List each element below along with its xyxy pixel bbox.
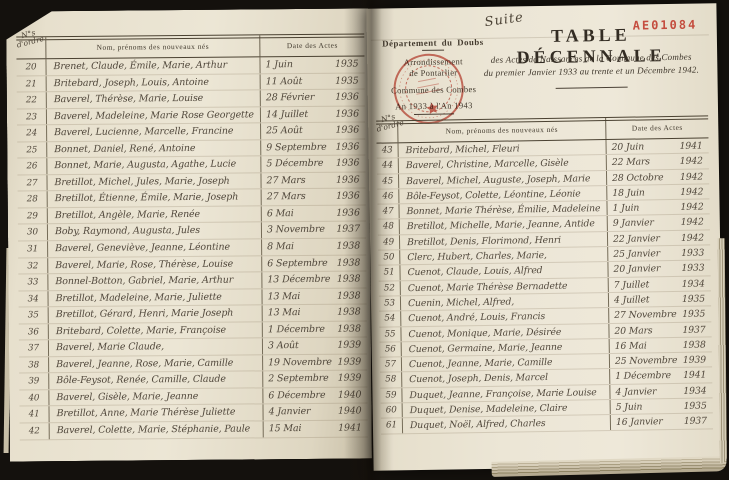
name-header-cell: Nom, prénoms des nouveaux nés <box>398 118 606 142</box>
row-order-number: 44 <box>377 159 399 174</box>
row-name: Britebard, Joseph, Louis, Antoine <box>47 74 261 91</box>
row-date: 27 Mars 1936 <box>261 172 365 188</box>
left-table-header: N°s d'ordre Nom, prénoms des nouveaux né… <box>16 33 364 59</box>
row-date-year: 1940 <box>338 404 362 420</box>
row-order-number: 25 <box>17 142 47 158</box>
left-table: N°s d'ordre Nom, prénoms des nouveaux né… <box>16 33 368 440</box>
row-date-year: 1941 <box>338 421 362 437</box>
row-date-year: 1937 <box>336 222 360 238</box>
row-date: 25 Août 1936 <box>261 123 365 139</box>
row-date-day-month: 3 Août <box>268 338 299 354</box>
row-date-year: 1936 <box>336 205 360 221</box>
row-name: Bretillot, Gérard, Henri, Marie Joseph <box>49 306 263 323</box>
row-order-number: 43 <box>377 143 399 158</box>
row-date-day-month: 28 Octobre <box>612 170 664 185</box>
order-header-cell: N°s d'ordre <box>376 121 398 142</box>
row-date-day-month: 27 Mars <box>266 173 305 189</box>
row-date-day-month: 18 Juin <box>612 185 645 200</box>
row-order-number: 24 <box>17 125 47 141</box>
row-date-day-month: 25 Août <box>266 123 303 139</box>
register-scan: N°s d'ordre Nom, prénoms des nouveaux né… <box>0 0 729 480</box>
row-date-year: 1934 <box>682 276 705 291</box>
row-order-number: 49 <box>378 235 400 250</box>
row-date: 11 Août 1935 <box>261 73 365 89</box>
row-date-day-month: 25 Novembre <box>615 353 678 368</box>
row-date-year: 1942 <box>680 154 703 169</box>
row-order-number: 35 <box>19 307 49 323</box>
row-date-day-month: 19 Novembre <box>268 355 332 371</box>
row-date-year: 1935 <box>682 291 705 306</box>
row-order-number: 41 <box>19 407 49 423</box>
row-name: Duquet, Noël, Alfred, Charles <box>403 415 611 433</box>
row-order-number: 50 <box>378 250 400 265</box>
row-date-day-month: 16 Janvier <box>616 415 663 430</box>
row-order-number: 60 <box>381 403 403 418</box>
row-date: 4 Janvier 1940 <box>263 404 367 420</box>
row-name: Bonnet, Marie, Augusta, Agathe, Lucie <box>47 157 261 174</box>
row-order-number: 61 <box>381 419 403 434</box>
row-date-day-month: 20 Janvier <box>613 262 660 277</box>
archive-stamp-number: AE01084 <box>633 18 698 33</box>
row-date-day-month: 6 Septembre <box>267 255 327 271</box>
row-date-year: 1938 <box>337 255 361 271</box>
row-date: 20 Mars 1937 <box>609 322 711 338</box>
row-date-day-month: 1 Juin <box>612 201 639 216</box>
row-date: 27 Mars 1936 <box>262 189 366 205</box>
row-name: Bretillot, Michel, Jules, Marie, Joseph <box>47 173 261 190</box>
row-date: 13 Mai 1938 <box>262 288 366 304</box>
left-page-rows: 20 Brenet, Claude, Émile, Marie, Arthur … <box>16 56 367 440</box>
row-date-year: 1938 <box>337 321 361 337</box>
date-header-cell: Date des Actes <box>260 34 364 56</box>
row-date: 22 Mars 1942 <box>607 154 709 170</box>
row-name: Baverel, Thérèse, Marie, Louise <box>47 90 261 107</box>
row-date: 7 Juillet 1934 <box>609 276 711 292</box>
row-name: Bonnet, Daniel, René, Antoine <box>47 140 261 157</box>
page-stack-right-edge <box>718 238 727 463</box>
row-date-day-month: 15 Mai <box>269 421 302 437</box>
row-date-day-month: 20 Mars <box>614 323 652 338</box>
row-date: 22 Janvier 1942 <box>608 230 710 246</box>
row-order-number: 58 <box>380 373 402 388</box>
row-order-number: 21 <box>17 76 47 92</box>
row-order-number: 31 <box>18 241 48 257</box>
page-subtitle: des Actes de Naissances de la Commune de… <box>471 50 711 79</box>
subtitle-rule <box>556 87 628 89</box>
row-date-day-month: 22 Janvier <box>613 231 660 246</box>
row-name: Baverel, Gisèle, Marie, Jeanne <box>49 388 263 405</box>
row-date: 1 Juin 1935 <box>260 56 364 72</box>
row-date: 27 Novembre 1935 <box>609 307 711 323</box>
row-date: 13 Décembre 1938 <box>262 272 366 288</box>
row-date: 20 Janvier 1933 <box>608 261 710 277</box>
row-order-number: 37 <box>19 341 49 357</box>
row-name: Bôle-Feysot, Renée, Camille, Claude <box>49 372 263 389</box>
row-date-year: 1941 <box>679 139 702 154</box>
row-date-day-month: 13 Mai <box>267 289 300 305</box>
row-order-number: 46 <box>377 189 399 204</box>
row-date-day-month: 13 Mai <box>268 305 301 321</box>
row-date-year: 1937 <box>682 322 705 337</box>
row-order-number: 38 <box>19 357 49 373</box>
row-date-year: 1938 <box>336 239 360 255</box>
row-date: 5 Juin 1935 <box>611 398 713 414</box>
row-date-year: 1942 <box>680 200 703 215</box>
row-date: 1 Décembre 1938 <box>263 321 367 337</box>
right-page: Suite TABLE DÉCENNALE AE01084 des Actes … <box>366 3 723 470</box>
row-order-number: 45 <box>377 174 399 189</box>
row-date-year: 1936 <box>336 139 360 155</box>
row-order-number: 52 <box>379 281 401 296</box>
row-order-number: 36 <box>19 324 49 340</box>
row-date: 5 Décembre 1936 <box>261 156 365 172</box>
row-date-year: 1938 <box>337 288 361 304</box>
row-order-number: 20 <box>16 59 46 75</box>
row-date-year: 1933 <box>681 246 704 261</box>
row-date-day-month: 16 Mai <box>615 338 647 353</box>
row-name: Bretillot, Anne, Marie Thérèse Juliette <box>49 405 263 422</box>
row-date: 25 Janvier 1933 <box>608 245 710 261</box>
row-date-year: 1938 <box>337 272 361 288</box>
row-date-day-month: 9 Janvier <box>613 216 654 231</box>
name-header-cell: Nom, prénoms des nouveaux nés <box>46 35 260 58</box>
row-date-year: 1935 <box>682 307 705 322</box>
row-date-year: 1936 <box>336 189 360 205</box>
left-page: N°s d'ordre Nom, prénoms des nouveaux né… <box>6 8 372 461</box>
row-date-year: 1942 <box>681 230 704 245</box>
department-line: Département du Doubs <box>367 37 499 49</box>
order-header-label: N°s d'ordre <box>11 26 48 49</box>
row-order-number: 34 <box>18 291 48 307</box>
row-date-day-month: 27 Mars <box>267 189 306 205</box>
row-date-day-month: 5 Juin <box>616 400 643 415</box>
row-date-day-month: 22 Mars <box>612 155 650 170</box>
row-date-year: 1938 <box>683 337 706 352</box>
row-date: 1 Juin 1942 <box>607 200 709 216</box>
row-date-day-month: 9 Septembre <box>266 140 326 156</box>
row-date-year: 1936 <box>335 123 359 139</box>
row-date: 6 Septembre 1938 <box>262 255 366 271</box>
row-order-number: 29 <box>18 208 48 224</box>
row-order-number: 59 <box>380 388 402 403</box>
row-order-number: 57 <box>380 357 402 372</box>
row-date: 1 Décembre 1941 <box>610 368 712 384</box>
row-order-number: 26 <box>17 159 47 175</box>
row-date-day-month: 13 Décembre <box>267 272 330 288</box>
row-date-year: 1942 <box>680 169 703 184</box>
row-name: Baverel, Marie, Rose, Thérèse, Louise <box>48 256 262 273</box>
row-order-number: 55 <box>379 327 401 342</box>
row-date: 9 Septembre 1936 <box>261 139 365 155</box>
row-name: Brenet, Claude, Émile, Marie, Arthur <box>46 57 260 74</box>
right-table: N°s d'ordre Nom, prénoms des nouveaux né… <box>376 115 713 434</box>
row-date-year: 1942 <box>680 184 703 199</box>
row-date-year: 1934 <box>683 383 706 398</box>
row-date: 2 Septembre 1939 <box>263 371 367 387</box>
row-date-day-month: 4 Janvier <box>268 404 310 420</box>
row-date-day-month: 27 Novembre <box>614 307 677 322</box>
row-date: 16 Mai 1938 <box>610 337 712 353</box>
row-date: 19 Novembre 1939 <box>263 354 367 370</box>
row-date-year: 1935 <box>335 57 359 73</box>
row-name: Baverel, Lucienne, Marcelle, Francine <box>47 124 261 141</box>
row-date-day-month: 2 Septembre <box>268 371 328 387</box>
row-date-year: 1942 <box>681 215 704 230</box>
row-order-number: 33 <box>18 274 48 290</box>
row-date-year: 1939 <box>683 353 706 368</box>
row-order-number: 23 <box>17 109 47 125</box>
page-stack-bottom-edge <box>491 456 726 477</box>
row-date-year: 1935 <box>335 73 359 89</box>
row-date-day-month: 8 Mai <box>267 239 294 255</box>
row-date-year: 1936 <box>335 106 359 122</box>
row-date-year: 1939 <box>338 371 362 387</box>
table-row: 42 Baverel, Colette, Marie, Stéphanie, P… <box>20 420 368 440</box>
row-date-day-month: 4 Juillet <box>614 292 650 307</box>
row-order-number: 30 <box>18 225 48 241</box>
row-name: Boby, Raymond, Augusta, Jules <box>48 223 262 240</box>
row-order-number: 32 <box>18 258 48 274</box>
row-order-number: 28 <box>18 192 48 208</box>
row-date-year: 1938 <box>337 305 361 321</box>
row-order-number: 40 <box>19 390 49 406</box>
row-name: Baverel, Jeanne, Rose, Marie, Camille <box>49 355 263 372</box>
row-date: 28 Octobre 1942 <box>607 169 709 185</box>
row-order-number: 54 <box>379 312 401 327</box>
row-date-day-month: 6 Décembre <box>268 388 325 404</box>
row-order-number: 53 <box>379 296 401 311</box>
row-name: Bretillot, Étienne, Émile, Marie, Joseph <box>48 190 262 207</box>
row-date-day-month: 14 Juillet <box>266 107 308 123</box>
row-date-year: 1940 <box>338 387 362 403</box>
row-date-year: 1935 <box>683 399 706 414</box>
row-date-year: 1939 <box>337 338 361 354</box>
row-date: 18 Juin 1942 <box>607 184 709 200</box>
row-date-day-month: 6 Mai <box>267 206 294 222</box>
row-name: Baverel, Geneviève, Jeanne, Léontine <box>48 239 262 256</box>
row-name: Britebard, Colette, Marie, Françoise <box>49 322 263 339</box>
row-date: 14 Juillet 1936 <box>261 106 365 122</box>
row-date: 6 Décembre 1940 <box>263 387 367 403</box>
row-date: 25 Novembre 1939 <box>610 353 712 369</box>
row-order-number: 56 <box>380 342 402 357</box>
row-order-number: 27 <box>17 175 47 191</box>
row-date-day-month: 4 Janvier <box>615 384 656 399</box>
row-order-number: 47 <box>377 204 399 219</box>
row-date: 4 Juillet 1935 <box>609 291 711 307</box>
row-date-year: 1941 <box>683 368 706 383</box>
row-date: 8 Mai 1938 <box>262 238 366 254</box>
row-name: Baverel, Madeleine, Marie Rose Georgette <box>47 107 261 124</box>
row-date: 4 Janvier 1934 <box>610 383 712 399</box>
row-date-day-month: 7 Juillet <box>614 277 650 292</box>
row-date: 20 Juin 1941 <box>606 138 708 154</box>
row-date-year: 1936 <box>336 172 360 188</box>
row-date: 3 Novembre 1937 <box>262 222 366 238</box>
row-date-year: 1936 <box>336 156 360 172</box>
row-date-day-month: 1 Juin <box>265 57 292 73</box>
date-header-cell: Date des Actes <box>606 116 708 139</box>
row-date-day-month: 1 Décembre <box>268 322 325 338</box>
row-date-year: 1939 <box>337 354 361 370</box>
row-order-number: 22 <box>17 92 47 108</box>
row-order-number: 51 <box>378 266 400 281</box>
row-order-number: 48 <box>378 220 400 235</box>
row-order-number: 39 <box>19 374 49 390</box>
row-date-day-month: 3 Novembre <box>267 222 325 238</box>
row-name: Baverel, Colette, Marie, Stéphanie, Paul… <box>50 421 264 438</box>
row-date: 6 Mai 1936 <box>262 205 366 221</box>
right-page-rows: 43 Britebard, Michel, Fleuri 20 Juin 194… <box>377 138 714 434</box>
row-date-day-month: 5 Décembre <box>266 156 323 172</box>
row-date-year: 1933 <box>681 261 704 276</box>
row-date-year: 1936 <box>335 90 359 106</box>
row-date-day-month: 1 Décembre <box>615 368 671 383</box>
row-date: 9 Janvier 1942 <box>608 215 710 231</box>
row-date: 15 Mai 1941 <box>264 420 368 436</box>
row-date: 3 Août 1939 <box>263 338 367 354</box>
row-date-day-month: 25 Janvier <box>613 246 660 261</box>
row-name: Bretillot, Angèle, Marie, Renée <box>48 206 262 223</box>
row-date-day-month: 11 Août <box>266 74 303 90</box>
row-date: 16 Janvier 1937 <box>611 414 713 430</box>
row-name: Baverel, Marie Claude, <box>49 339 263 356</box>
row-order-number: 42 <box>20 423 50 439</box>
row-date: 28 Février 1936 <box>261 90 365 106</box>
row-date-year: 1937 <box>684 414 707 429</box>
row-name: Bretillot, Madeleine, Marie, Juliette <box>48 289 262 306</box>
row-date-day-month: 28 Février <box>266 90 315 106</box>
row-date-day-month: 20 Juin <box>611 139 644 154</box>
order-header-cell: N°s d'ordre <box>16 37 46 58</box>
row-date: 13 Mai 1938 <box>263 305 367 321</box>
row-name: Bonnel-Botton, Gabriel, Marie, Arthur <box>48 272 262 289</box>
